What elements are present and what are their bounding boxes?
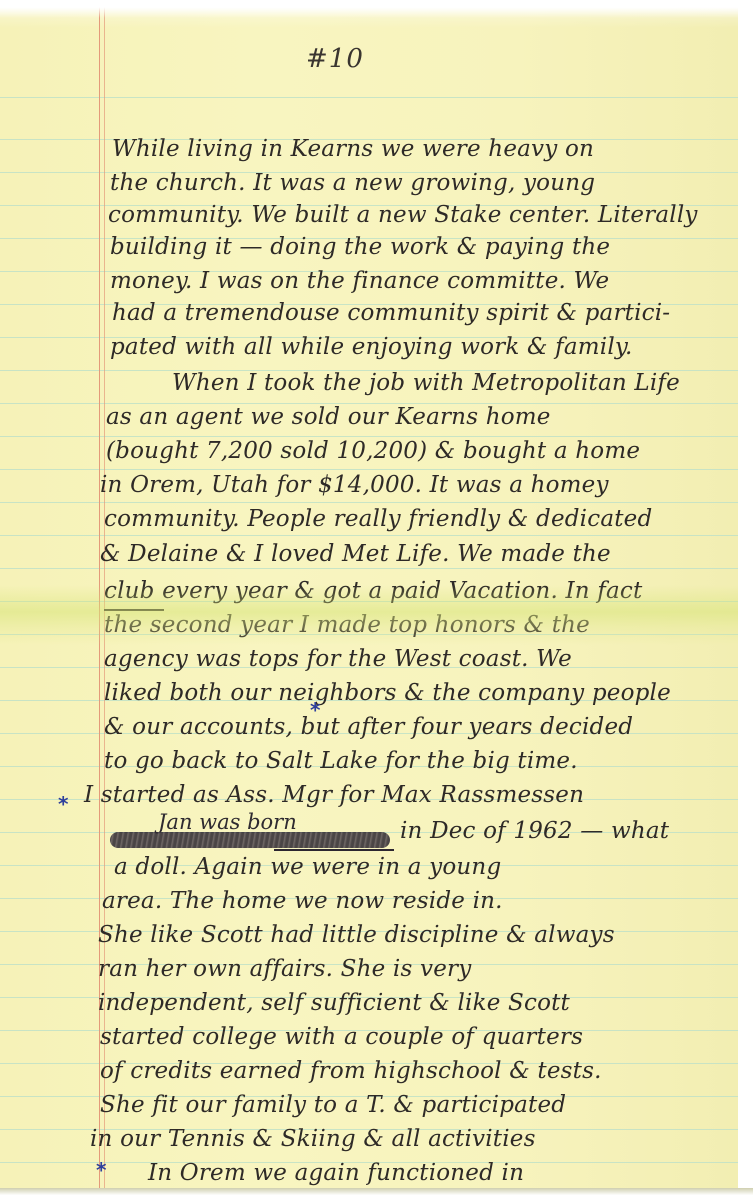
rule-line	[0, 568, 740, 569]
handwritten-line: & our accounts, but after four years dec…	[104, 716, 633, 739]
handwritten-line: to go back to Salt Lake for the big time…	[104, 750, 578, 773]
handwritten-line: of credits earned from highschool & test…	[100, 1060, 602, 1083]
handwritten-line: agency was tops for the West coast. We	[104, 648, 572, 671]
handwritten-line: When I took the job with Metropolitan Li…	[172, 372, 680, 395]
handwritten-line: the second year I made top honors & the	[104, 614, 590, 637]
handwritten-line: money. I was on the finance committe. We	[110, 270, 609, 293]
handwritten-line: in Dec of 1962 — what	[400, 820, 669, 843]
handwritten-line: in Orem, Utah for $14,000. It was a home…	[100, 474, 609, 497]
asterisk-icon: *	[310, 700, 320, 720]
rule-line	[0, 97, 740, 98]
handwritten-line: building it — doing the work & paying th…	[110, 236, 610, 259]
handwritten-line: as an agent we sold our Kearns home	[106, 406, 551, 429]
rule-line	[0, 436, 740, 437]
page-number: #10	[306, 44, 364, 74]
handwritten-line: & Delaine & I loved Met Life. We made th…	[100, 543, 611, 566]
scan-right-edge	[738, 0, 753, 1200]
lined-paper-page: #10 While living in Kearns we were heavy…	[0, 0, 740, 1200]
scribble-underline	[274, 849, 394, 851]
handwritten-line: While living in Kearns we were heavy on	[112, 138, 594, 161]
handwritten-line: She fit our family to a T. & participate…	[100, 1094, 566, 1117]
margin-line	[99, 0, 100, 1200]
asterisk-icon: *	[96, 1160, 106, 1180]
handwritten-line: community. We built a new Stake center. …	[108, 204, 698, 227]
handwritten-line: community. People really friendly & dedi…	[104, 508, 652, 531]
underline-club	[104, 609, 164, 611]
handwritten-line: pated with all while enjoying work & fam…	[110, 336, 633, 359]
rule-line	[0, 469, 740, 470]
handwritten-line: in our Tennis & Skiing & all activities	[90, 1128, 536, 1151]
scan-bottom-edge	[0, 1188, 753, 1200]
handwritten-line: the church. It was a new growing, young	[110, 172, 595, 195]
asterisk-icon: *	[58, 794, 68, 814]
handwritten-line: In Orem we again functioned in	[148, 1162, 524, 1185]
handwritten-line: a doll. Again we were in a young	[114, 856, 501, 879]
handwritten-line: I started as Ass. Mgr for Max Rassmessen	[84, 784, 584, 807]
crossed-out-text	[110, 832, 390, 848]
handwritten-line: club every year & got a paid Vacation. I…	[104, 580, 642, 603]
rule-line	[0, 535, 740, 536]
handwritten-line: She like Scott had little discipline & a…	[98, 924, 615, 947]
handwritten-line: had a tremendouse community spirit & par…	[112, 302, 670, 325]
rule-line	[0, 502, 740, 503]
handwritten-line: (bought 7,200 sold 10,200) & bought a ho…	[106, 440, 640, 463]
inserted-text: Jan was born	[158, 810, 297, 834]
handwritten-line: started college with a couple of quarter…	[100, 1026, 583, 1049]
torn-top-edge	[0, 0, 753, 18]
handwritten-line: independent, self sufficient & like Scot…	[98, 992, 570, 1015]
handwritten-line: liked both our neighbors & the company p…	[104, 682, 671, 705]
handwritten-line: ran her own affairs. She is very	[98, 958, 471, 981]
handwritten-line: area. The home we now reside in.	[102, 890, 503, 913]
